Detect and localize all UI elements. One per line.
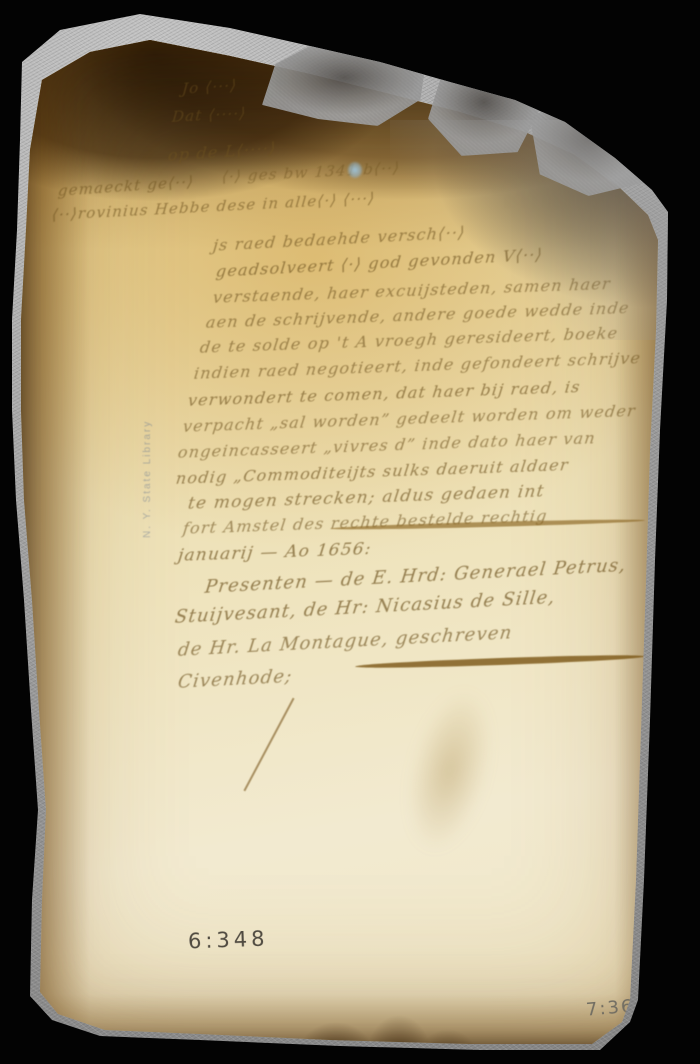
volume-page-number-pencil: 7:361 [585,994,648,1020]
manuscript-line-date: januarij — Ao 1656: [177,539,373,566]
library-stamp: N. Y. State Library [142,418,153,538]
manuscript-line: Civenhode; [177,666,294,693]
manuscript-line: ⟨·⟩ ges bw 1341 b⟨··⟩ [221,159,401,186]
stain-mark [393,681,506,859]
manuscript-line: op de L⟨····⟩ [167,138,277,165]
pen-flourish-stroke [355,653,645,670]
pen-descender-stroke [243,698,294,792]
manuscript-line: gemaeckt ge⟨··⟩ [57,172,194,200]
tissue-backing: Jo ⟨···⟩ Dat ⟨····⟩ op de L⟨····⟩ ⟨·⟩ ge… [0,0,700,1064]
manuscript-page: Jo ⟨···⟩ Dat ⟨····⟩ op de L⟨····⟩ ⟨·⟩ ge… [0,0,700,1064]
manuscript-line-names: de Hr. La Montague, geschreven [177,622,514,661]
photograph-black-background: Jo ⟨···⟩ Dat ⟨····⟩ op de L⟨····⟩ ⟨·⟩ ge… [0,0,700,1064]
manuscript-line: Jo ⟨···⟩ [181,76,238,98]
page-number-pencil: 6:348 [188,927,269,954]
manuscript-line: Dat ⟨····⟩ [171,104,247,126]
blue-paint-spot [348,162,362,178]
